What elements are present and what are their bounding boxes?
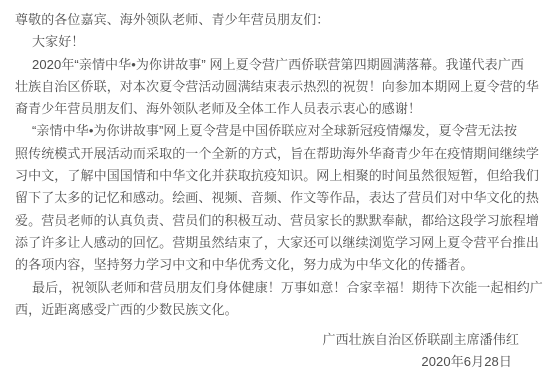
letter-line: 留下了太多的记忆和感动。绘画、视频、音频、作文等作品，表达了营员们对中华文化的热: [15, 187, 536, 209]
letter-line: 最后，祝领队老师和营员朋友们身体健康！万事如意！合家幸福！期待下次能一起相约广: [15, 277, 536, 299]
date-line: 2020年6月28日: [15, 351, 536, 373]
letter-line: 照传统模式开展活动而采取的一个全新的方式，旨在帮助海外华裔青少年在疫情期间继续学: [15, 143, 536, 165]
letter-line: 裔青少年营员朋友们、海外领队老师及全体工作人员表示衷心的感谢！: [15, 98, 536, 120]
signature-block: 广西壮族自治区侨联副主席潘伟红 2020年6月28日: [15, 329, 536, 374]
letter-line: 添了许多让人感动的回忆。营期虽然结束了，大家还可以继续浏览学习网上夏令营平台推出: [15, 232, 536, 254]
letter-line: 壮族自治区侨联，对本次夏令营活动圆满结束表示热烈的祝贺！向参加本期网上夏令营的华: [15, 76, 536, 98]
letter-line: 的各项内容，坚持努力学习中文和中华优秀文化，努力成为中华文化的传播者。: [15, 254, 536, 276]
letter-document: 尊敬的各位嘉宾、海外领队老师、青少年营员朋友们： 大家好！ 2020年“亲情中华…: [0, 0, 550, 380]
letter-line: 2020年“亲情中华•为你讲故事” 网上夏令营广西侨联营第四期圆满落幕。我谨代表…: [15, 54, 536, 76]
signature-line: 广西壮族自治区侨联副主席潘伟红: [15, 329, 536, 351]
letter-line: 习中文，了解中国国情和中华文化并获取抗疫知识。网上相聚的时间虽然很短暂，但给我们: [15, 165, 536, 187]
letter-salutation: 尊敬的各位嘉宾、海外领队老师、青少年营员朋友们：: [15, 9, 536, 31]
letter-line: 西，近距离感受广西的少数民族文化。: [15, 299, 536, 321]
letter-line: 爱。营员老师的认真负责、营员们的积极互动、营员家长的默默奉献，都给这段学习旅程增: [15, 210, 536, 232]
letter-line: 大家好！: [15, 31, 536, 53]
letter-line: “亲情中华•为你讲故事”网上夏令营是中国侨联应对全球新冠疫情爆发，夏令营无法按: [15, 120, 536, 142]
